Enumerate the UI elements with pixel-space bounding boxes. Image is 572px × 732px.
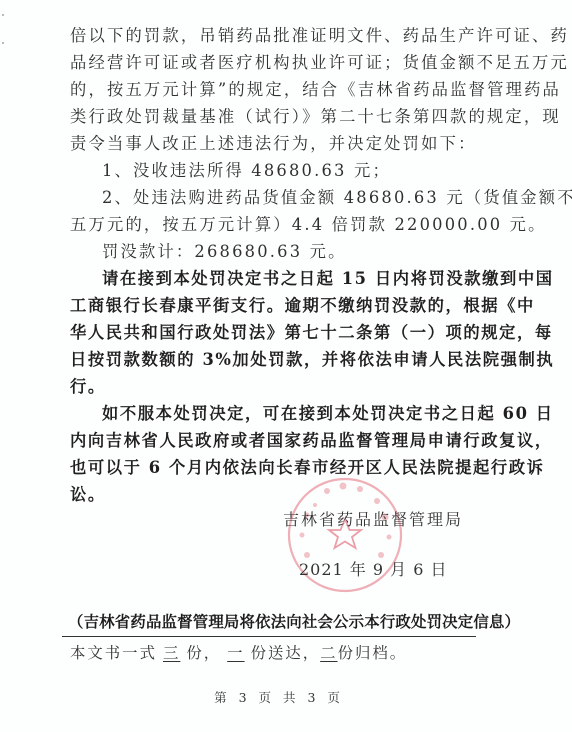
appeal-notice: 内向吉林省人民政府或者国家药品监督管理局申请行政复议， <box>70 427 482 454</box>
copies-line: 本文书一式三份，一份送达，二份归档。 <box>70 641 407 663</box>
payment-instruction: 行。 <box>70 373 482 400</box>
body-line: 品经营许可证或者医疗机构执业许可证；货值金额不足五万元 <box>70 49 482 76</box>
page-number: 第 3 页 共 3 页 <box>0 688 572 706</box>
body-line: 责令当事人改正上述违法行为，并决定处罚如下： <box>70 130 482 157</box>
copies-mid1: 份， <box>186 644 221 662</box>
body-line: 五万元的，按五万元计算）4.4 倍罚款 220000.00 元。 <box>70 211 482 238</box>
copies-archived: 二 <box>320 644 337 662</box>
payment-instruction: 工商银行长春康平街支行。逾期不缴纳罚没款的，根据《中 <box>70 292 482 319</box>
scan-mark <box>2 14 4 16</box>
copies-mid2: 份送达， <box>251 644 321 662</box>
payment-instruction: 华人民共和国行政处罚法》第七十二条第（一）项的规定，每 <box>70 319 482 346</box>
body-line: 的，按五万元计算”的规定，结合《吉林省药品监督管理药品 <box>70 76 482 103</box>
penalty-item-1: 1、没收违法所得 48680.63 元； <box>70 157 482 184</box>
payment-instruction: 请在接到本处罚决定书之日起 15 日内将罚没款缴到中国 <box>70 265 482 292</box>
appeal-notice: 讼。 <box>70 481 482 508</box>
copies-suffix: 份归档。 <box>338 644 408 662</box>
publicity-notice: （吉林省药品监督管理局将依法向社会公示本行政处罚决定信息） <box>68 610 520 632</box>
copies-delivered: 一 <box>221 644 250 662</box>
payment-instruction: 日按罚款数额的 3%加处罚款，并将依法申请人民法院强制执 <box>70 346 482 373</box>
copies-prefix: 本文书一式 <box>70 644 157 662</box>
appeal-notice: 也可以于 6 个月内依法向长春市经开区人民法院提起行政诉 <box>70 454 482 481</box>
divider <box>62 636 476 637</box>
issue-date: 2021 年 9 月 6 日 <box>299 557 448 580</box>
document-page: 倍以下的罚款，吊销药品批准证明文件、药品生产许可证、药 品经营许可证或者医疗机构… <box>0 0 572 732</box>
decision-body: 倍以下的罚款，吊销药品批准证明文件、药品生产许可证、药 品经营许可证或者医疗机构… <box>70 22 482 508</box>
appeal-notice: 如不服本处罚决定，可在接到本处罚决定书之日起 60 日 <box>70 400 482 427</box>
penalty-item-2: 2、处违法购进药品货值金额 48680.63 元（货值金额不足 <box>70 184 482 211</box>
body-line: 倍以下的罚款，吊销药品批准证明文件、药品生产许可证、药 <box>70 22 482 49</box>
copies-total: 三 <box>157 644 186 662</box>
scan-mark <box>2 42 4 44</box>
penalty-total: 罚没款计：268680.63 元。 <box>70 238 482 265</box>
body-line: 类行政处罚裁量基准（试行）》第二十七条第四款的规定，现 <box>70 103 482 130</box>
issuing-authority: 吉林省药品监督管理局 <box>283 507 463 530</box>
